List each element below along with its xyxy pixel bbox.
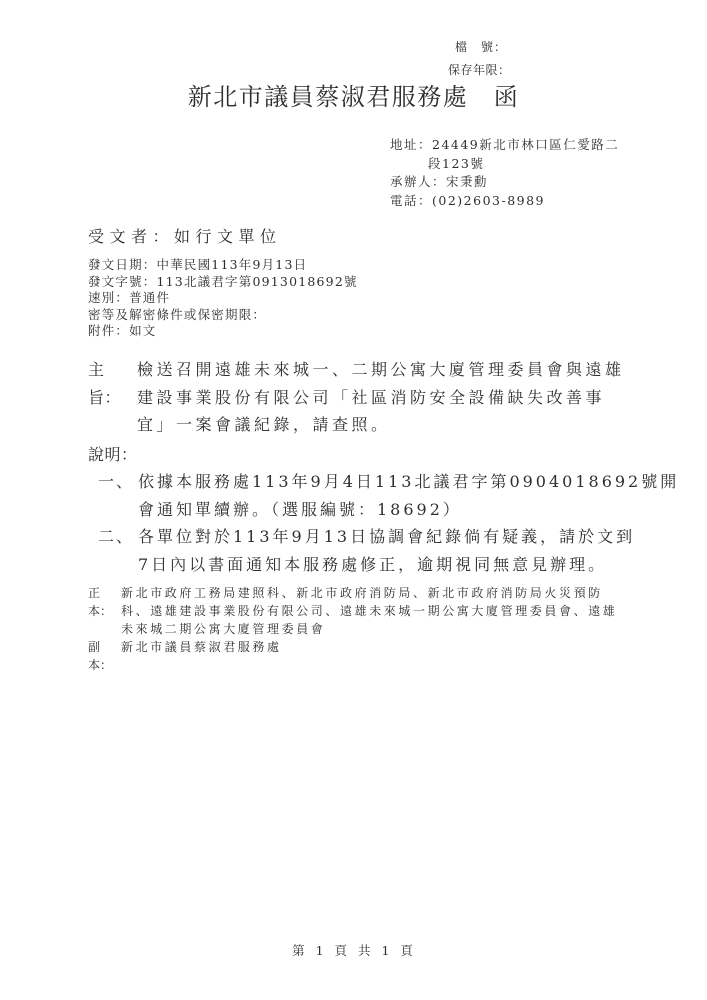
sender-info-block: 地址：24449新北市林口區仁愛路二 段123號 承辦人：宋秉勳 電話：(02)… xyxy=(390,136,619,210)
original-copy-line: 新北市政府工務局建照科、新北市政府消防局、新北市政府消防局火災預防 xyxy=(121,584,617,602)
document-title: 新北市議員蔡淑君服務處 函 xyxy=(0,77,707,112)
description-line: 會通知單續辦。（選服編號：18692） xyxy=(138,496,679,524)
original-copy-label: 正本： xyxy=(88,584,121,638)
recipient-label: 受文者： xyxy=(88,227,174,246)
cc-copy-label: 副本： xyxy=(88,638,121,674)
subject-label: 主旨： xyxy=(88,356,137,439)
subject-content: 檢送召開遠雄未來城一、二期公寓大廈管理委員會與遠雄 建設事業股份有限公司「社區消… xyxy=(137,356,625,439)
list-marker: 二、 xyxy=(98,523,138,578)
subject-line: 建設事業股份有限公司「社區消防安全設備缺失改善事 xyxy=(137,384,625,412)
cc-copy-recipients: 新北市議員蔡淑君服務處 xyxy=(121,638,282,674)
doc-meta-block: 發文日期：中華民國113年9月13日 發文字號：113北議君字第09130186… xyxy=(88,257,358,340)
cc-copy-line: 新北市議員蔡淑君服務處 xyxy=(121,638,282,656)
description-line: 7日內以書面通知本服務處修正，逾期視同無意見辦理。 xyxy=(138,551,635,579)
sender-contact-person: 承辦人：宋秉勳 xyxy=(390,173,619,192)
original-copy-row: 正本： 新北市政府工務局建照科、新北市政府消防局、新北市政府消防局火災預防 科、… xyxy=(88,584,617,638)
delivery-speed-line: 速別：普通件 xyxy=(88,290,358,307)
recipient-line: 受文者：如行文單位 xyxy=(88,224,282,247)
copies-block: 正本： 新北市政府工務局建照科、新北市政府消防局、新北市政府消防局火災預防 科、… xyxy=(88,584,617,674)
description-item-1: 一、 依據本服務處113年9月4日113北議君字第0904018692號開 會通… xyxy=(98,468,679,523)
sender-address-line1: 地址：24449新北市林口區仁愛路二 xyxy=(390,136,619,155)
doc-number-line: 發文字號：113北議君字第0913018692號 xyxy=(88,274,358,291)
description-item-2-content: 各單位對於113年9月13日協調會紀錄倘有疑義，請於文到 7日內以書面通知本服務… xyxy=(138,523,635,578)
issue-date-line: 發文日期：中華民國113年9月13日 xyxy=(88,257,358,274)
official-letter-page: 檔 號： 保存年限： 新北市議員蔡淑君服務處 函 地址：24449新北市林口區仁… xyxy=(0,0,707,1000)
description-item-2: 二、 各單位對於113年9月13日協調會紀錄倘有疑義，請於文到 7日內以書面通知… xyxy=(98,523,635,578)
original-copy-line: 科、遠雄建設事業股份有限公司、遠雄未來城一期公寓大廈管理委員會、遠雄 xyxy=(121,602,617,620)
subject-line: 宜」一案會議紀錄，請查照。 xyxy=(137,411,625,439)
security-classification-line: 密等及解密條件或保密期限： xyxy=(88,307,358,324)
cc-copy-row: 副本： 新北市議員蔡淑君服務處 xyxy=(88,638,617,674)
attachment-line: 附件：如文 xyxy=(88,323,358,340)
original-copy-recipients: 新北市政府工務局建照科、新北市政府消防局、新北市政府消防局火災預防 科、遠雄建設… xyxy=(121,584,617,638)
file-meta-block: 檔 號： 保存年限： xyxy=(448,36,511,82)
description-line: 各單位對於113年9月13日協調會紀錄倘有疑義，請於文到 xyxy=(138,523,635,551)
sender-address-line2: 段123號 xyxy=(390,155,619,174)
page-number-footer: 第 1 頁 共 1 頁 xyxy=(0,941,707,959)
description-item-1-content: 依據本服務處113年9月4日113北議君字第0904018692號開 會通知單續… xyxy=(138,468,679,523)
sender-phone: 電話：(02)2603-8989 xyxy=(390,192,619,211)
file-number-label: 檔 號： xyxy=(448,36,511,59)
subject-line: 檢送召開遠雄未來城一、二期公寓大廈管理委員會與遠雄 xyxy=(137,356,625,384)
original-copy-line: 未來城二期公寓大廈管理委員會 xyxy=(121,620,617,638)
description-line: 依據本服務處113年9月4日113北議君字第0904018692號開 xyxy=(138,468,679,496)
subject-section: 主旨： 檢送召開遠雄未來城一、二期公寓大廈管理委員會與遠雄 建設事業股份有限公司… xyxy=(88,356,625,439)
recipient-value: 如行文單位 xyxy=(174,227,282,246)
list-marker: 一、 xyxy=(98,468,138,523)
description-heading: 說明： xyxy=(88,442,138,465)
